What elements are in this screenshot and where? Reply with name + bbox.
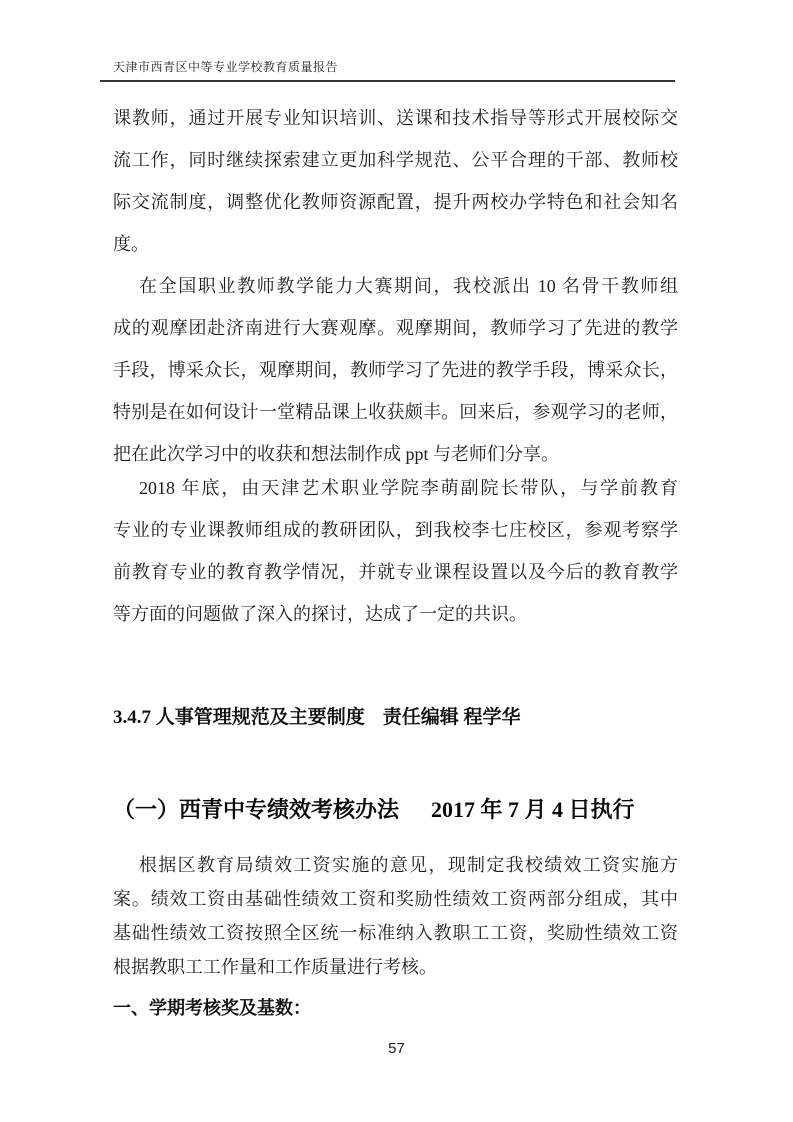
subheading-semester-assessment: 一、学期考核奖及基数： (113, 995, 311, 1021)
text-line: 案。绩效工资由基础性绩效工资和奖励性绩效工资两部分组成，其中 (113, 882, 678, 916)
text-line: 课教师，通过开展专业知识培训、送课和技术指导等形式开展校际交 (113, 97, 678, 139)
text-line: 基础性绩效工资按照全区统一标准纳入教职工工资，奖励性绩效工资 (113, 916, 678, 950)
heading-performance-appraisal: （一）西青中专绩效考核办法2017 年 7 月 4 日执行 (113, 793, 635, 827)
text-line: 流工作，同时继续探索建立更加科学规范、公平合理的干部、教师校 (113, 139, 678, 181)
text-line: 前教育专业的教育教学情况，并就专业课程设置以及今后的教育教学 (113, 551, 678, 593)
heading-347-editor: 责任编辑 程学华 (383, 707, 521, 728)
heading-347-personnel-management: 3.4.7 人事管理规范及主要制度责任编辑 程学华 (113, 704, 521, 732)
heading-section-title: （一）西青中专绩效考核办法 (113, 797, 399, 822)
text-line: 成的观摩团赴济南进行大赛观摩。观摩期间，教师学习了先进的教学 (113, 307, 678, 349)
text-line: 专业的专业课教师组成的教研团队，到我校李七庄校区，参观考察学 (113, 509, 678, 551)
paragraph-performance-pay: 根据区教育局绩效工资实施的意见，现制定我校绩效工资实施方 案。绩效工资由基础性绩… (113, 848, 678, 984)
page-number: 57 (0, 1040, 793, 1057)
paragraph-school-exchange: 课教师，通过开展专业知识培训、送课和技术指导等形式开展校际交 流工作，同时继续探… (113, 97, 678, 265)
heading-347-title: 3.4.7 人事管理规范及主要制度 (113, 707, 365, 728)
paragraph-preschool-visit: 2018 年底，由天津艺术职业学院李萌副院长带队，与学前教育 专业的专业课教师组… (113, 467, 678, 635)
text-line: 度。 (113, 223, 678, 265)
header-rule (100, 80, 675, 82)
text-line: 根据区教育局绩效工资实施的意见，现制定我校绩效工资实施方 (113, 848, 678, 882)
page-header-title: 天津市西青区中等专业学校教育质量报告 (113, 58, 338, 75)
text-line: 特别是在如何设计一堂精品课上收获颇丰。回来后，参观学习的老师， (113, 391, 678, 433)
text-line: 际交流制度，调整优化教师资源配置，提升两校办学特色和社会知名 (113, 181, 678, 223)
paragraph-teaching-contest: 在全国职业教师教学能力大赛期间，我校派出 10 名骨干教师组 成的观摩团赴济南进… (113, 265, 678, 475)
text-line: 等方面的问题做了深入的探讨，达成了一定的共识。 (113, 593, 678, 635)
text-line: 在全国职业教师教学能力大赛期间，我校派出 10 名骨干教师组 (113, 265, 678, 307)
text-line: 2018 年底，由天津艺术职业学院李萌副院长带队，与学前教育 (113, 467, 678, 509)
text-line: 根据教职工工作量和工作质量进行考核。 (113, 950, 678, 984)
text-line: 手段，博采众长，观摩期间，教师学习了先进的教学手段，博采众长， (113, 349, 678, 391)
heading-section-date: 2017 年 7 月 4 日执行 (431, 797, 635, 822)
document-page: 天津市西青区中等专业学校教育质量报告 课教师，通过开展专业知识培训、送课和技术指… (0, 0, 793, 1122)
